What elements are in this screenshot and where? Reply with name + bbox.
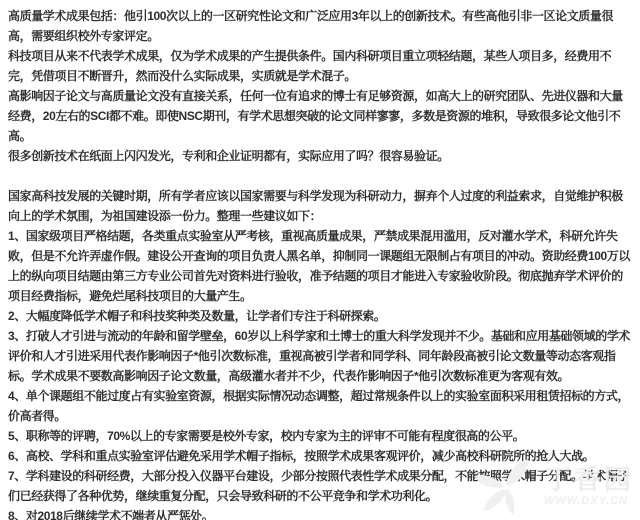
paragraph-projects-vs-achievements: 科技项目从来不代表学术成果，仅为学术成果的产生提供条件。国内科研项目重立项轻结题… [8, 46, 633, 86]
paragraph-quality-definition: 高质量学术成果包括：他引100次以上的一区研究性论文和广泛应用3年以上的创新技术… [8, 6, 633, 46]
document-body: 高质量学术成果包括：他引100次以上的一区研究性论文和广泛应用3年以上的创新技术… [8, 6, 633, 520]
suggestion-item-3: 3、打破人才引进与流动的年龄和留学壁垒，60岁以上科学家和土博士的重大科学发现并… [8, 326, 633, 386]
suggestion-item-2: 2、大幅度降低学术帽子和科技奖种类及数量，让学者们专注于科研探索。 [8, 306, 633, 326]
suggestion-item-5: 5、职称等的评聘，70%以上的专家需要是校外专家，校内专家为主的评审不可能有程度… [8, 426, 633, 446]
paragraph-innovation-verification: 很多创新技术在纸面上闪闪发光，专利和企业证明都有，实际应用了吗？很容易验证。 [8, 146, 633, 166]
suggestion-item-7: 7、学科建设的科研经费，大部分投入仪器平台建设，少部分按照代表性学术成果分配，不… [8, 466, 633, 506]
paragraph-impact-factor: 高影响因子论文与高质量论文没有直接关系，任何一位有追求的博士有足够资源，如高大上… [8, 86, 633, 146]
suggestion-item-4: 4、单个课题组不能过度占有实验室资源，根据实际情况动态调整，超过常规条件以上的实… [8, 386, 633, 426]
paragraph-suggestions-lead: 国家高科技发展的关键时期，所有学者应该以国家需要与科学发现为科研动力，摒弃个人过… [8, 186, 633, 226]
suggestion-item-1: 1、国家级项目严格结题，各类重点实验室从严考核，重视高质量成果，严禁成果混用滥用… [8, 226, 633, 306]
suggestion-item-6: 6、高校、学科和重点实验室评估避免采用学术帽子指标，按照学术成果客观评价，减少高… [8, 446, 633, 466]
suggestion-item-8: 8、对2018后继续学术不端者从严惩处。 [8, 506, 633, 520]
